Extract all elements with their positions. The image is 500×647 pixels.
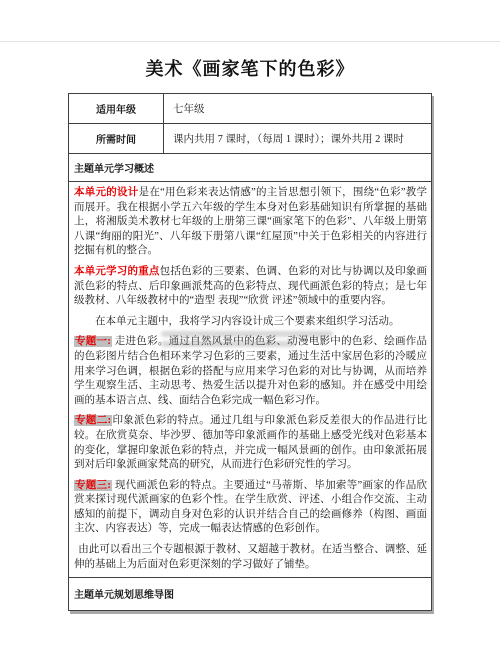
- grade-label: 适用年级: [69, 94, 164, 124]
- overview-paragraph-closing: 由此可以看出三个专题根源于教材、又超越于教材。在适当整合、调整、延伸的基础上为后…: [74, 543, 427, 572]
- unit-info-table: 适用年级 七年级 所需时间 课内共用 7 课时，（每周 1 课时）；课外共用 2…: [68, 93, 432, 611]
- table-row-grade: 适用年级 七年级: [69, 94, 432, 124]
- mindmap-section-header: 主题单元规划思维导图: [69, 578, 432, 611]
- time-value: 课内共用 7 课时，（每周 1 课时）；课外共用 2 课时: [164, 124, 432, 154]
- topic-1-paragraph: 专题一: 走进色彩。通过自然风景中的色彩、动漫电影中的色彩、绘画作品的色彩图片结…: [74, 335, 427, 408]
- design-lead-text: 本单元的设计: [74, 187, 139, 198]
- page-top-divider: [0, 41, 500, 42]
- document-page: { "page": { "title": "美术《画家笔下的色彩》" }, "t…: [0, 0, 500, 647]
- topic-2-paragraph: 专题二:印象派色彩的特点。通过几组与印象派色彩反差很大的作品进行比较。在欣赏莫奈…: [74, 414, 427, 472]
- overview-cell: 本单元的设计是在“用色彩来表达情感”的主旨思想引领下，围绕“色彩”教学而展开。我…: [69, 182, 432, 578]
- table-row-section-header: 主题单元学习概述: [69, 154, 432, 182]
- page-title: 美术《画家笔下的色彩》: [0, 55, 500, 81]
- topic-3-paragraph: 专题三: 现代画派色彩的特点。主要通过“马蒂斯、毕加索等”画家的作品欣赏来探讨现…: [74, 479, 427, 537]
- overview-paragraph-focus: 本单元学习的重点包括色彩的三要素、色调、色彩的对比与协调以及印象画派色彩的特点、…: [74, 265, 427, 309]
- focus-lead-text: 本单元学习的重点: [74, 266, 160, 277]
- topic-2-body: 印象派色彩的特点。通过几组与印象派色彩反差很大的作品进行比较。在欣赏莫奈、毕沙罗…: [74, 415, 427, 470]
- overview-section-header: 主题单元学习概述: [69, 154, 432, 182]
- overview-paragraph-intro: 在本单元主题中，我将学习内容设计成三个要素来组织学习活动。: [74, 315, 427, 330]
- table-row-mindmap-header: 主题单元规划思维导图: [69, 578, 432, 611]
- topic-2-label: 专题二:: [74, 415, 112, 426]
- time-label: 所需时间: [69, 124, 164, 154]
- topic-3-body: 现代画派色彩的特点。主要通过“马蒂斯、毕加索等”画家的作品欣赏来探讨现代派画家的…: [74, 480, 427, 535]
- topic-3-label: 专题三:: [74, 480, 112, 491]
- table-row-time: 所需时间 课内共用 7 课时，（每周 1 课时）；课外共用 2 课时: [69, 124, 432, 154]
- topic-1-body: 走进色彩。通过自然风景中的色彩、动漫电影中的色彩、绘画作品的色彩图片结合色相环来…: [74, 336, 427, 405]
- topic-1-label: 专题一:: [74, 336, 112, 347]
- overview-paragraph-design: 本单元的设计是在“用色彩来表达情感”的主旨思想引领下，围绕“色彩”教学而展开。我…: [74, 186, 427, 259]
- table-row-overview: 本单元的设计是在“用色彩来表达情感”的主旨思想引领下，围绕“色彩”教学而展开。我…: [69, 182, 432, 578]
- grade-value: 七年级: [164, 94, 432, 124]
